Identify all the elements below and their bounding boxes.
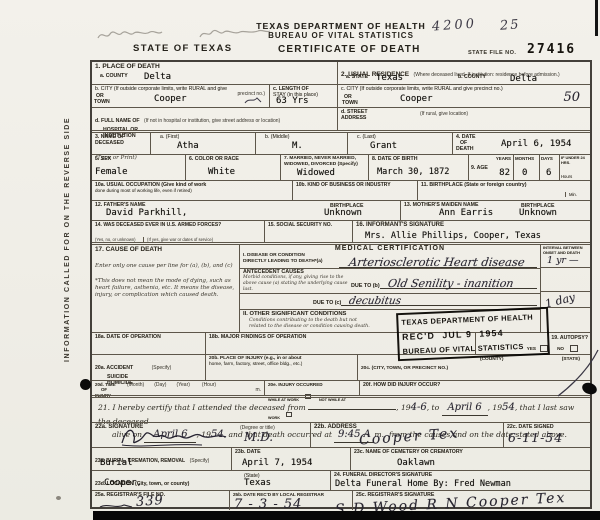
- speck-bottom-left: [56, 496, 61, 500]
- precinct-handwritten: 50: [563, 90, 580, 105]
- months-label: MONTHS: [515, 156, 538, 161]
- how-injury-label: 20f. HOW DID INJURY OCCUR?: [363, 382, 587, 388]
- state-file-no: 27416: [527, 42, 576, 57]
- death-certificate-scan: TEXAS DEPARTMENT OF HEALTH BUREAU OF VIT…: [0, 0, 600, 520]
- registrar-signature-cell: 25c. REGISTRAR'S SIGNATURE S D Wood R N …: [352, 491, 590, 510]
- time-of-injury-cell: 20d. TIME OF INJURY (Month) (Day) (Year)…: [92, 381, 264, 395]
- cemetery-cell: 23c. NAME OF CEMETERY OR CREMATORY Oakla…: [350, 448, 590, 470]
- last-value: Grant: [370, 141, 397, 151]
- certify-to-handwritten: April 6: [447, 400, 481, 415]
- age-cell: 9. AGE YEARS 82 MONTHS 0 DAYS 6 IF UNDER…: [468, 155, 590, 180]
- residence-city-value: Cooper: [400, 94, 433, 104]
- scan-edge-line: [595, 0, 598, 36]
- place-of-death-cell: 1. PLACE OF DEATH a. COUNTY Delta: [92, 62, 337, 84]
- dob-cell: 8. DATE OF BIRTH March 30, 1872: [368, 155, 468, 180]
- sex-value: Female: [95, 167, 128, 177]
- burial-location-cell: 23d. LOCATION (City, town, or county) (S…: [92, 471, 330, 490]
- sex-label: 5. SEX: [95, 156, 182, 162]
- hosp-label1: d. FULL NAME OF: [95, 118, 140, 124]
- registrar-date-handwritten: 7 - 3 - 54: [234, 497, 302, 512]
- industry-cell: 10b. KIND OF BUSINESS OR INDUSTRY: [292, 181, 417, 200]
- certify-from-handwritten: 4-6: [411, 400, 427, 415]
- birthplace-cell: 11. BIRTHPLACE (State or foreign country…: [417, 181, 590, 200]
- dob-value: March 30, 1872: [377, 167, 449, 177]
- residence-city-label: c. CITY (If outside corporate limits, wr…: [341, 86, 587, 92]
- bureau-title: BUREAU OF VITAL STATISTICS: [256, 31, 426, 40]
- scan-black-bar: [93, 511, 600, 520]
- operation-date-label: 18a. DATE OF OPERATION: [95, 334, 202, 340]
- injury-occurred-cell: 20e. INJURY OCCURRED WHILE AT WORK NOT W…: [264, 381, 359, 395]
- injury-m-label: m.: [255, 387, 261, 393]
- certify-blank-from: [308, 402, 396, 410]
- stamp-line1: TEXAS DEPARTMENT OF HEALTH: [401, 312, 543, 327]
- cause-of-death-label-cell: 17. CAUSE OF DEATH Enter only one cause …: [92, 245, 239, 332]
- hospital-cell: d. FULL NAME OF (If not in hospital or i…: [92, 108, 337, 130]
- first-value: Atha: [177, 141, 199, 151]
- months-value: 0: [522, 168, 527, 178]
- registrar-date-cell: 25b. DATE REC'D BY LOCAL REGISTRAR 7 - 3…: [229, 491, 352, 510]
- ssn-cell: 15. SOCIAL SECURITY NO.: [264, 221, 352, 242]
- hours-label: Hours: [561, 174, 572, 179]
- sex-cell: 5. SEX Female: [92, 155, 185, 180]
- first-label: a. (First): [160, 134, 252, 140]
- marital-l1: 7. MARRIED, NEVER MARRIED,: [284, 156, 365, 162]
- hosp-note: (If not in hospital or institution, give…: [144, 118, 280, 124]
- first-name-cell: a. (First) Atha: [150, 133, 255, 154]
- age-label: 9. AGE: [471, 165, 488, 171]
- dept-title: TEXAS DEPARTMENT OF HEALTH: [256, 21, 426, 31]
- residence-state-label: a. STATE: [346, 74, 368, 80]
- injury-day-label: (Day): [154, 382, 166, 388]
- stay-value: 63 Yrs: [276, 96, 309, 106]
- cod-title: 17. CAUSE OF DEATH: [95, 246, 236, 254]
- marital-l2: WIDOWED, DIVORCED (Specify): [284, 162, 365, 168]
- disease-l2: DIRECTLY LEADING TO DEATH*(a): [243, 259, 339, 265]
- mother-birthplace-value: Unknown: [519, 208, 557, 218]
- residence-city-cell: c. CITY (If outside corporate limits, wr…: [337, 85, 590, 107]
- cause-a-handwritten: Arteriosclerotic Heart disease: [348, 255, 526, 269]
- race-value: White: [208, 167, 235, 177]
- registrar-file-flourish: [98, 499, 134, 511]
- cause-b-handwritten: Old Senility - inanition: [387, 277, 515, 290]
- injury-occurred-label: 20e. INJURY OCCURRED: [268, 382, 356, 388]
- ssn-label: 15. SOCIAL SECURITY NO.: [268, 222, 349, 228]
- residence-town-label: TOWN: [342, 100, 358, 106]
- residence-title-note: (Where deceased lived. If institution: r…: [414, 72, 560, 78]
- cod-note1: Enter only one cause per line for (a), (…: [95, 263, 233, 269]
- physician-signature-scrawl: [116, 425, 228, 447]
- cause-c-handwritten: decubitus: [348, 295, 402, 307]
- occupation-l2: done during most of working life, even i…: [95, 188, 289, 194]
- father-value: David Parkhill,: [106, 208, 187, 218]
- days-value: 6: [546, 168, 551, 178]
- date-signed-cell: 22c. DATE SIGNED 6-11-54: [503, 423, 590, 447]
- place-city-cell: b. CITY (If outside corporate limits, wr…: [92, 85, 269, 107]
- registrar-file-cell: 25a. REGISTRAR'S FILE NO. 339: [92, 491, 229, 510]
- middle-value: M.: [292, 141, 303, 151]
- street-note: (If rural, give location): [420, 111, 468, 117]
- funeral-director-value: Delta Funeral Home By: Fred Newman: [335, 479, 511, 489]
- dob-label: 8. DATE OF BIRTH: [372, 156, 465, 162]
- certify-t4: , 19: [488, 403, 503, 412]
- funeral-director-label: 24. FUNERAL DIRECTOR'S SIGNATURE: [334, 472, 587, 478]
- county-label: a. COUNTY: [100, 73, 128, 79]
- injury-city-label: 20c. (CITY, TOWN, OR PRECINCT NO.): [361, 366, 448, 371]
- residence-state-value: Texas: [376, 73, 403, 83]
- residence-county-value: Delta: [510, 74, 537, 84]
- father-birthplace-value: Unknown: [324, 208, 362, 218]
- interval-a-handwritten: 1 yr —: [547, 255, 588, 266]
- industry-label: 10b. KIND OF BUSINESS OR INDUSTRY: [296, 182, 414, 188]
- under24-label: IF UNDER 24 HRS.: [561, 156, 589, 165]
- name-label-cell: 3. NAME OF DECEASED (Type or Print): [92, 133, 150, 154]
- funeral-director-cell: 24. FUNERAL DIRECTOR'S SIGNATURE Delta F…: [330, 471, 590, 490]
- injury-county-label: (COUNTY): [480, 357, 503, 363]
- middle-label: b. (Middle): [265, 134, 344, 140]
- interval-c-handwritten: 1 day: [544, 291, 577, 311]
- informant-label: 16. INFORMANT'S SIGNATURE: [356, 222, 587, 229]
- antecedent-note: Morbid conditions, if any, giving rise t…: [243, 275, 351, 292]
- years-value: 82: [499, 168, 510, 178]
- burial-note: (Specify): [190, 458, 210, 464]
- armed-label: 14. WAS DECEASED EVER IN U.S. ARMED FORC…: [95, 222, 261, 228]
- date-of-operation-cell: 18a. DATE OF OPERATION: [92, 333, 205, 354]
- father-cell: 12. FATHER'S NAME BIRTHPLACE David Parkh…: [92, 201, 400, 220]
- place-title: 1. PLACE OF DEATH: [95, 63, 334, 71]
- state-of-texas: STATE OF TEXAS: [133, 43, 232, 54]
- due-to-c-label: DUE TO (c): [313, 300, 341, 306]
- physician-address-cell: 22b. ADDRESS Cooper Tex: [310, 423, 503, 447]
- degree-handwritten: M.D.: [244, 430, 273, 444]
- stamp-line3: BUREAU OF VITAL STATISTICS: [402, 341, 544, 356]
- certificate-title: CERTIFICATE OF DEATH: [278, 44, 421, 55]
- burial-type-cell: 23a. BURIAL, CREMATION, REMOVAL (Specify…: [92, 448, 231, 470]
- county-value: Delta: [144, 72, 171, 82]
- length-of-stay-cell: c. LENGTH OF STAY (in this place) 63 Yrs: [269, 85, 337, 107]
- pen-flourish: [243, 94, 263, 106]
- days-label: DAYS: [541, 156, 558, 161]
- injury-place-l2: home, farm, factory, street, office bldg…: [209, 362, 354, 368]
- certify-to-year-handwritten: 54: [502, 400, 515, 415]
- received-stamp: TEXAS DEPARTMENT OF HEALTH REC'D JUL 9 1…: [396, 307, 550, 361]
- date-signed-handwritten: 6-11-54: [508, 430, 563, 445]
- occupation-cell: 10a. USUAL OCCUPATION (Give kind of work…: [92, 181, 292, 200]
- certify-t2: , 19: [396, 403, 411, 412]
- cemetery-label: 23c. NAME OF CEMETERY OR CREMATORY: [354, 449, 587, 455]
- last-name-cell: c. (Last) Grant: [347, 133, 452, 154]
- state-file-no-label: STATE FILE NO.: [468, 50, 516, 56]
- accident-cell: 20a. ACCIDENT (Specify) SUICIDE HOMICIDE: [92, 355, 205, 380]
- race-cell: 6. COLOR OR RACE White: [185, 155, 280, 180]
- name-l2: DECEASED: [95, 140, 147, 146]
- last-label: c. (Last): [357, 134, 449, 140]
- cod-note2: *This does not mean the mode of dying, s…: [95, 278, 236, 299]
- cemetery-value: Oaklawn: [397, 458, 435, 468]
- injury-month-label: (Month): [127, 382, 144, 388]
- mother-value: Ann Earris: [439, 208, 493, 218]
- marital-value: Widowed: [297, 168, 335, 178]
- usual-residence-cell: 2. USUAL RESIDENCE (Where deceased lived…: [337, 62, 590, 84]
- injury-year-label: (Year): [176, 382, 189, 388]
- handwritten-code-2: 25: [500, 17, 522, 33]
- street-address-cell: d. STREET ADDRESS (If rural, give locati…: [337, 108, 590, 130]
- middle-name-cell: b. (Middle) M.: [255, 133, 347, 154]
- due-to-b-label: DUE TO (b): [351, 283, 380, 289]
- mother-label: 13. MOTHER'S MAIDEN NAME: [404, 202, 587, 208]
- burial-date-cell: 23b. DATE April 7, 1954: [231, 448, 350, 470]
- place-town-label: TOWN: [94, 99, 110, 105]
- registrar-file-handwritten: 339: [136, 493, 165, 510]
- location-city-value: Cooper,: [104, 478, 142, 488]
- certify-statement: 21. I hereby certify that I attended the…: [92, 398, 590, 422]
- physician-signature-cell: 22a. SIGNATURE (Degree or title) M.D.: [92, 423, 310, 447]
- accident-note: (Specify): [152, 365, 172, 371]
- informant-value: Mrs. Allie Phillips, Cooper, Texas: [365, 231, 541, 241]
- burial-type-value: Burial: [100, 458, 133, 468]
- years-label: YEARS: [496, 156, 511, 161]
- certify-t1: 21. I hereby certify that I attended the…: [98, 403, 306, 412]
- margin-vertical-text: INFORMATION CALLED FOR ON THE REVERSE SI…: [64, 70, 71, 362]
- date-of-death-cell: 4. DATE OF DEATH April 6, 1954: [452, 133, 590, 154]
- certificate-form: 1. PLACE OF DEATH a. COUNTY Delta 2. USU…: [90, 60, 592, 509]
- mother-cell: 13. MOTHER'S MAIDEN NAME BIRTHPLACE Ann …: [400, 201, 590, 220]
- place-of-injury-cell: 20b. PLACE OF INJURY (e.g., in or about …: [205, 355, 357, 380]
- place-city-value: Cooper: [154, 94, 187, 104]
- armed-forces-cell: 14. WAS DECEASED EVER IN U.S. ARMED FORC…: [92, 221, 264, 242]
- certify-t3: , to: [427, 403, 439, 412]
- location-state-value: Texas: [244, 478, 271, 488]
- residence-county-label: b. COUNTY: [458, 74, 486, 80]
- birthplace-label: 11. BIRTHPLACE (State or foreign country…: [421, 182, 587, 188]
- accident-l1: 20a. ACCIDENT: [95, 365, 133, 371]
- dod-value: April 6, 1954: [501, 139, 571, 149]
- autopsy-label: 19. AUTOPSY?: [551, 335, 588, 341]
- burial-date-label: 23b. DATE: [235, 449, 347, 455]
- race-label: 6. COLOR OR RACE: [189, 156, 277, 162]
- ink-blot-left: [80, 379, 91, 390]
- marital-cell: 7. MARRIED, NEVER MARRIED, WIDOWED, DIVO…: [280, 155, 368, 180]
- handwritten-code: 4200: [432, 16, 478, 34]
- injury-hour-label: (Hour): [202, 382, 216, 388]
- stamp-line2: REC'D JUL 9 1954: [402, 326, 544, 342]
- burial-date-value: April 7, 1954: [242, 458, 312, 468]
- informant-cell: 16. INFORMANT'S SIGNATURE Mrs. Allie Phi…: [352, 221, 590, 242]
